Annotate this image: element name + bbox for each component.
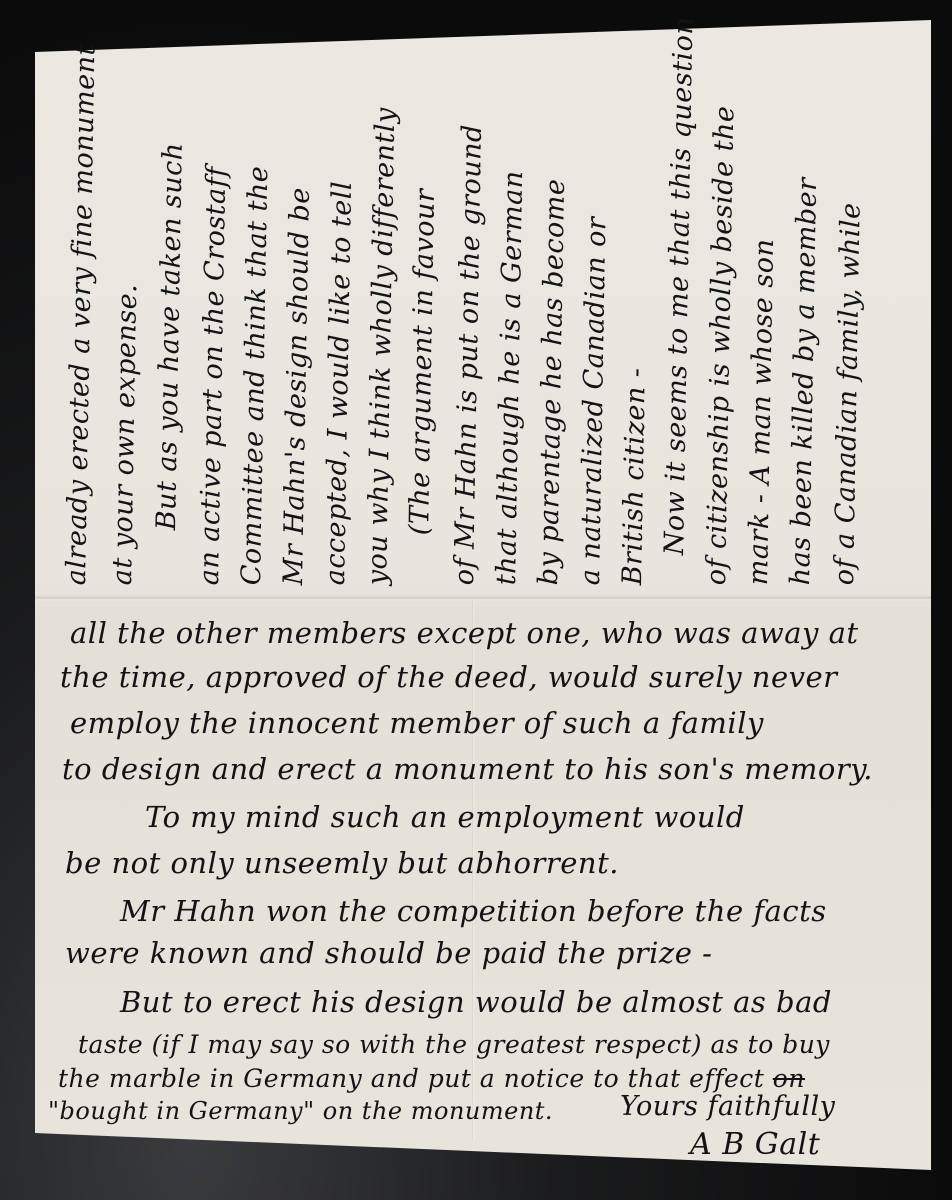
handwritten-line: To my mind such an employment would — [145, 800, 745, 834]
handwritten-line: all the other members except one, who wa… — [70, 616, 859, 650]
closing-valediction: Yours faithfully — [620, 1090, 835, 1124]
handwritten-line: (The argument in favour — [405, 188, 441, 535]
handwritten-line: "bought in Germany" on the monument. — [48, 1094, 553, 1128]
handwritten-line: mark - A man whose son — [744, 238, 780, 585]
line-text: the marble in Germany and put a notice t… — [58, 1064, 764, 1093]
struck-word: on — [773, 1064, 805, 1093]
horizontal-fold-crease — [35, 595, 931, 601]
handwritten-line: But to erect his design would be almost … — [120, 985, 832, 1019]
handwritten-line: at your own expense. — [108, 284, 143, 586]
handwritten-line: Mr Hahn won the competition before the f… — [120, 894, 827, 928]
handwritten-line: be not only unseemly but abhorrent. — [65, 846, 619, 880]
handwritten-line: employ the innocent member of such a fam… — [70, 706, 764, 740]
handwritten-line: to design and erect a monument to his so… — [62, 752, 873, 786]
handwritten-line: were known and should be paid the prize … — [65, 936, 712, 970]
signature: A B Galt — [690, 1128, 820, 1162]
handwritten-line: British citizen - — [618, 367, 652, 585]
handwritten-line: a naturalized Canadian or — [576, 216, 612, 585]
handwritten-line: the time, approved of the deed, would su… — [60, 660, 838, 694]
handwritten-line: taste (if I may say so with the greatest… — [78, 1028, 830, 1062]
